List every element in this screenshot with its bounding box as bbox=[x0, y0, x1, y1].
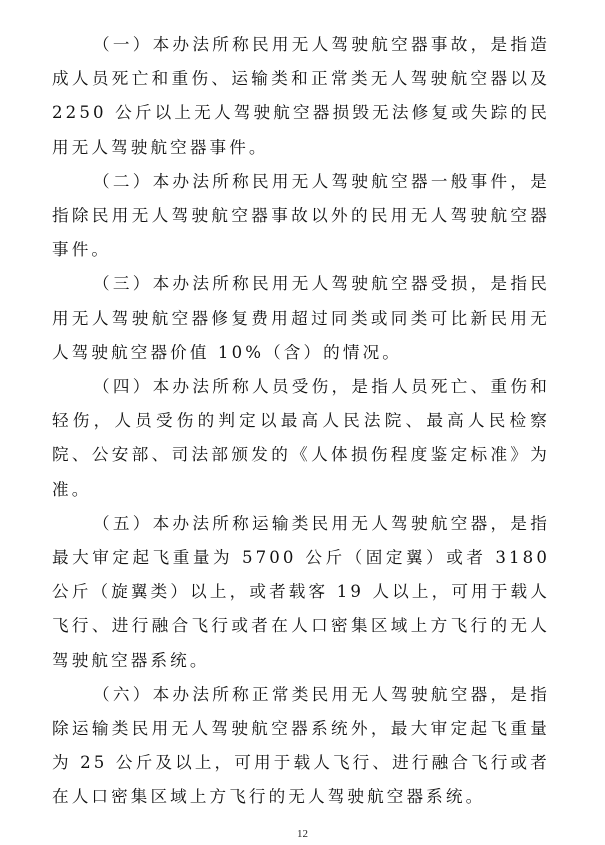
paragraph-definition-injury: （四）本办法所称人员受伤，是指人员死亡、重伤和轻伤，人员受伤的判定以最高人民法院… bbox=[52, 370, 550, 507]
paragraph-definition-damage: （三）本办法所称民用无人驾驶航空器受损，是指民用无人驾驶航空器修复费用超过同类或… bbox=[52, 267, 550, 370]
paragraph-definition-accident: （一）本办法所称民用无人驾驶航空器事故，是指造成人员死亡和重伤、运输类和正常类无… bbox=[52, 28, 550, 165]
paragraph-definition-general-event: （二）本办法所称民用无人驾驶航空器一般事件，是指除民用无人驾驶航空器事故以外的民… bbox=[52, 165, 550, 268]
paragraph-definition-normal-class: （六）本办法所称正常类民用无人驾驶航空器，是指除运输类民用无人驾驶航空器系统外，… bbox=[52, 678, 550, 815]
page-number: 12 bbox=[0, 828, 605, 840]
paragraph-definition-transport-class: （五）本办法所称运输类民用无人驾驶航空器，是指最大审定起飞重量为 5700 公斤… bbox=[52, 507, 550, 678]
document-page: （一）本办法所称民用无人驾驶航空器事故，是指造成人员死亡和重伤、运输类和正常类无… bbox=[52, 28, 550, 815]
